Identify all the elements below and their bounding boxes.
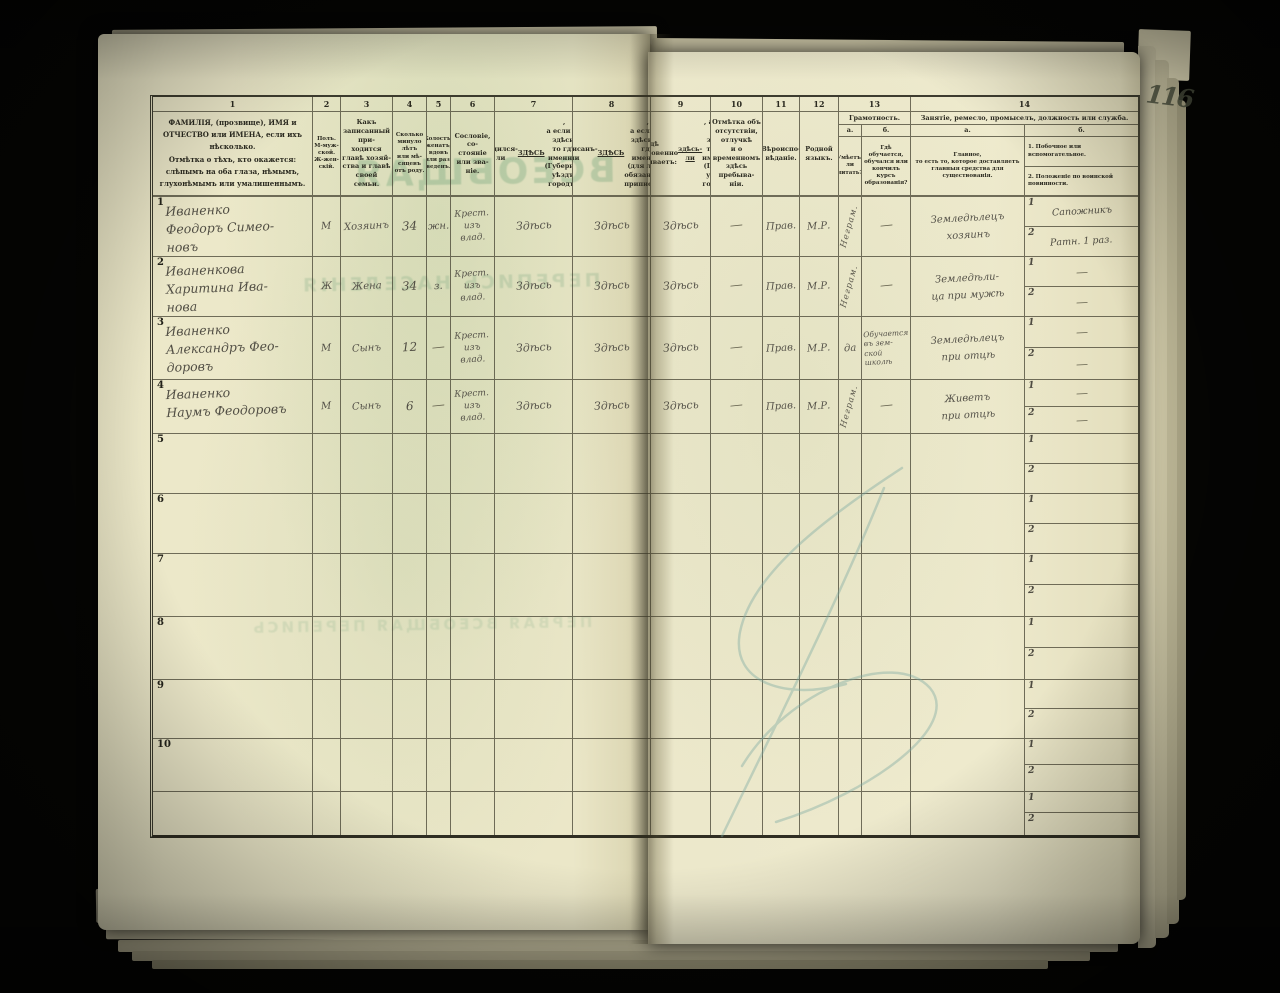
photo-stage: ВСЕОБЩАЯ ПЕРЕПИСЬ НАСЕЛЕНІЯ ПЕРВАЯ ВСЕОБ… bbox=[0, 0, 1280, 993]
book-fold bbox=[630, 34, 674, 944]
page-number: 116 bbox=[1145, 81, 1194, 111]
